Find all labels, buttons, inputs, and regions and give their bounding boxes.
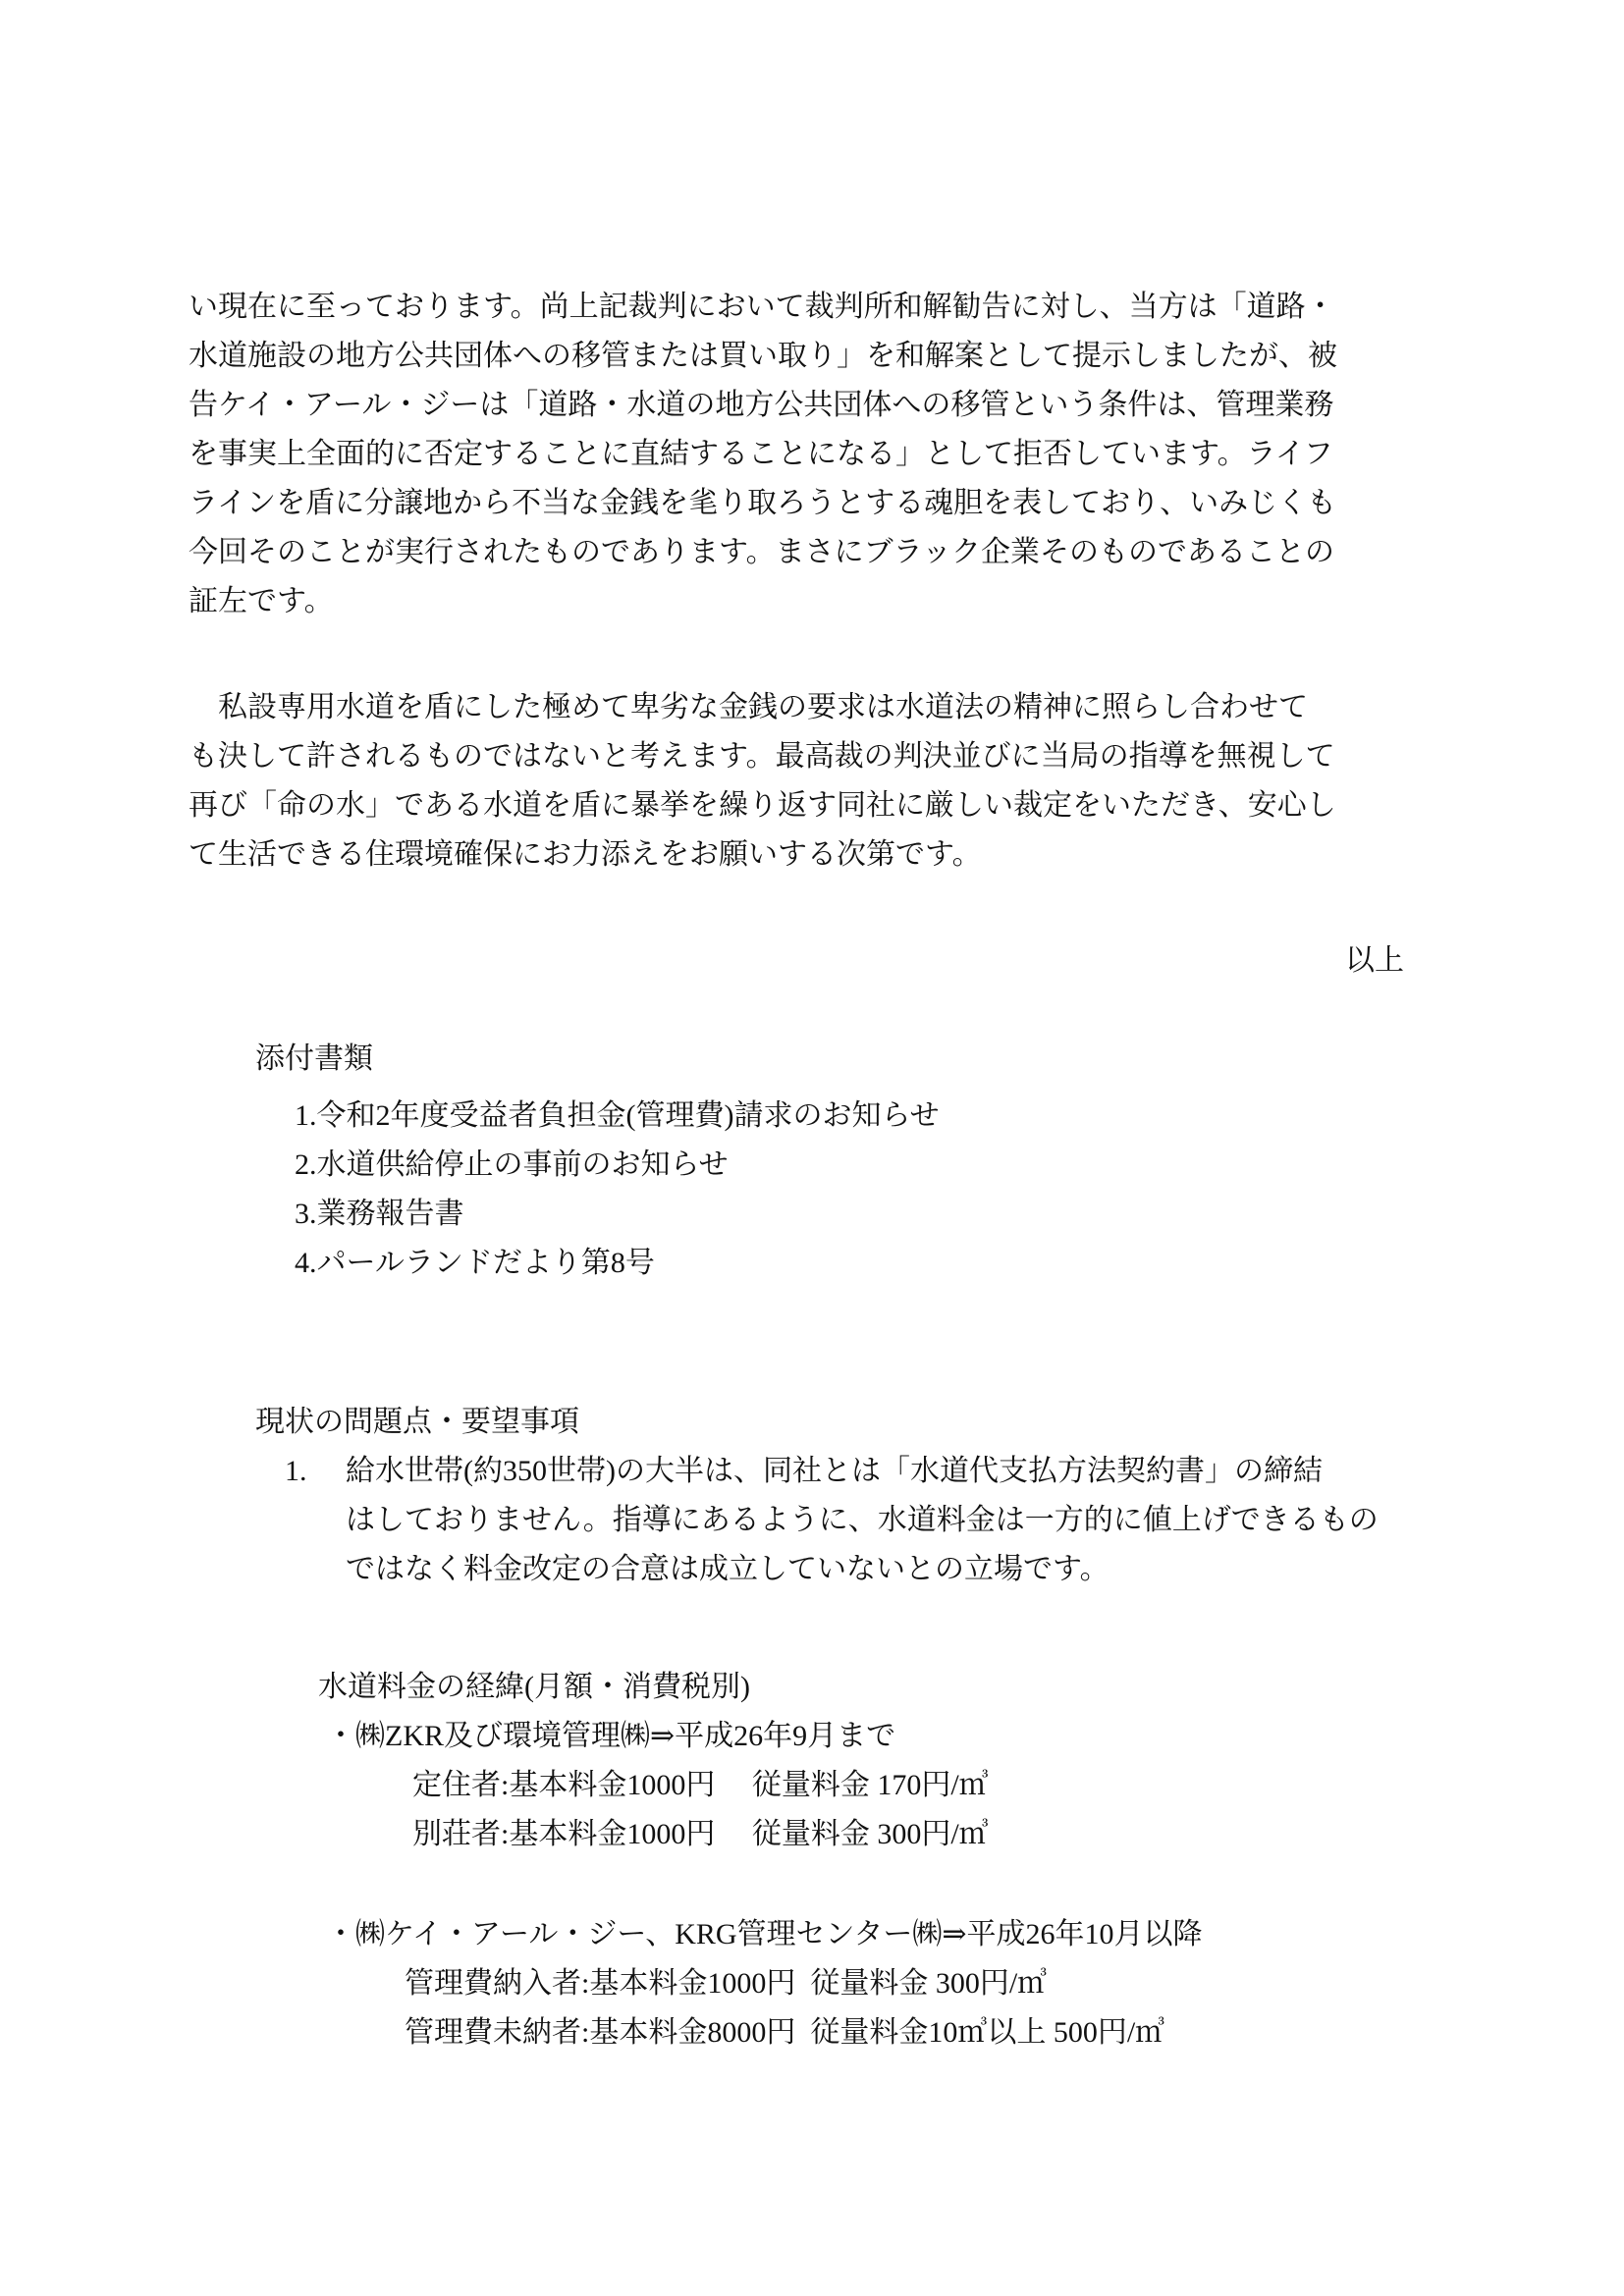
text-line: 水道施設の地方公共団体への移管または買い取り」を和解案として提示しましたが、被 [189, 332, 1437, 381]
attachment-item: 3.業務報告書 [295, 1190, 1437, 1239]
text-line: 給水世帯(約350世帯)の大半は、同社とは「水道代支払方法契約書」の締結 [346, 1447, 1437, 1496]
text-line: も決して許されるものではないと考えます。最高裁の判決並びに当局の指導を無視して [189, 732, 1437, 781]
closing-ijou: 以上 [189, 936, 1437, 986]
problem-item-text: 給水世帯(約350世帯)の大半は、同社とは「水道代支払方法契約書」の締結 はして… [346, 1447, 1437, 1594]
text-line: い現在に至っております。尚上記裁判において裁判所和解勧告に対し、当方は「道路・ [189, 283, 1437, 332]
text-line: 証左です。 [189, 577, 1437, 626]
text-line: 告ケイ・アール・ジーは「道路・水道の地方公共団体への移管という条件は、管理業務 [189, 381, 1437, 430]
rate-block-krg: ・㈱ケイ・アール・ジー、KRG管理センター㈱⇒平成26年10月以降 管理費納入者… [189, 1910, 1437, 2057]
text-line: 再び「命の水」である水道を盾に暴挙を繰り返す同社に厳しい裁定をいただき、安心し [189, 781, 1437, 830]
text-line: て生活できる住環境確保にお力添えをお願いする次第です。 [189, 830, 1437, 880]
rate-line-resident: 定住者:基本料金1000円 従量料金 170円/㎥ [412, 1761, 1437, 1810]
rate-block-zkr: ・㈱ZKR及び環境管理㈱⇒平成26年9月まで 定住者:基本料金1000円 従量料… [189, 1712, 1437, 1859]
document-page: い現在に至っております。尚上記裁判において裁判所和解勧告に対し、当方は「道路・ … [0, 0, 1624, 2296]
paragraph-request: 私設専用水道を盾にした極めて卑劣な金銭の要求は水道法の精神に照らし合わせて も決… [189, 683, 1437, 880]
attachment-item: 4.パールランドだより第8号 [295, 1239, 1437, 1288]
text-line: 今回そのことが実行されたものであります。まさにブラック企業そのものであることの [189, 528, 1437, 577]
text-line: を事実上全面的に否定することに直結することになる」として拒否しています。ライフ [189, 430, 1437, 479]
text-line: ラインを盾に分譲地から不当な金銭を毟り取ろうとする魂胆を表しており、いみじくも [189, 479, 1437, 528]
text-line: ではなく料金改定の合意は成立していないとの立場です。 [346, 1545, 1437, 1594]
rate-line-fee-paid: 管理費納入者:基本料金1000円 従量料金 300円/㎥ [405, 1959, 1437, 2008]
attachments-list: 1.令和2年度受益者負担金(管理費)請求のお知らせ 2.水道供給停止の事前のお知… [295, 1092, 1437, 1288]
paragraph-lawsuit-summary: い現在に至っております。尚上記裁判において裁判所和解勧告に対し、当方は「道路・ … [189, 283, 1437, 626]
rate-line-fee-unpaid: 管理費未納者:基本料金8000円 従量料金10㎥以上 500円/㎥ [405, 2008, 1437, 2057]
text-line: 私設専用水道を盾にした極めて卑劣な金銭の要求は水道法の精神に照らし合わせて [189, 683, 1437, 732]
attachments-heading: 添付書類 [255, 1035, 1437, 1084]
attachment-item: 1.令和2年度受益者負担金(管理費)請求のお知らせ [295, 1092, 1437, 1141]
rate-block-title: ・㈱ZKR及び環境管理㈱⇒平成26年9月まで [326, 1712, 1437, 1761]
problem-item-number: 1. [285, 1447, 346, 1594]
attachment-item: 2.水道供給停止の事前のお知らせ [295, 1141, 1437, 1190]
problem-item-1: 1. 給水世帯(約350世帯)の大半は、同社とは「水道代支払方法契約書」の締結 … [285, 1447, 1437, 1594]
text-line: はしておりません。指導にあるように、水道料金は一方的に値上げできるもの [346, 1496, 1437, 1545]
water-rates-heading: 水道料金の経緯(月額・消費税別) [318, 1663, 1437, 1712]
rate-line-villa: 別荘者:基本料金1000円 従量料金 300円/㎥ [412, 1810, 1437, 1859]
rate-block-title: ・㈱ケイ・アール・ジー、KRG管理センター㈱⇒平成26年10月以降 [326, 1910, 1437, 1959]
problems-heading: 現状の問題点・要望事項 [255, 1398, 1437, 1447]
